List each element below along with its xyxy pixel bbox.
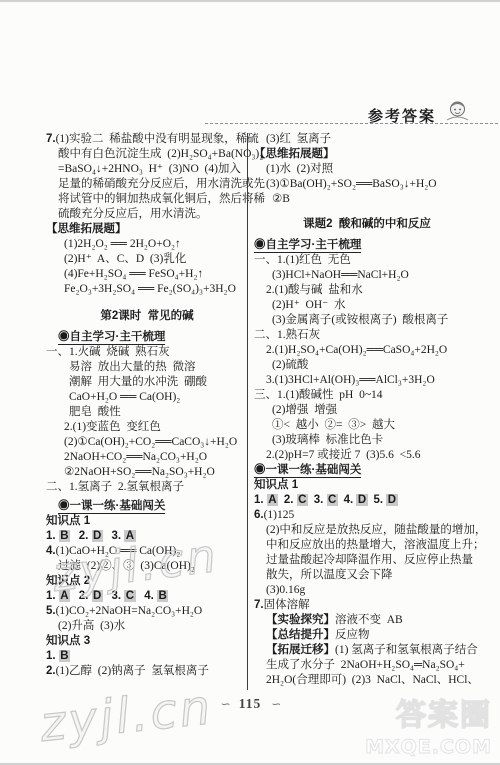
answer-line: 【实验探究】溶液不变 AB [254, 613, 480, 628]
answer-text: 生成了水分子 2NaOH+H₂SO₄═Na₂SO₄+ [266, 659, 465, 671]
answer-text: 课题2 酸和碱的中和反应 [303, 218, 431, 230]
choice-answer: B [157, 590, 168, 602]
answer-text: 【思维拓展题】 [254, 148, 335, 160]
answer-line: 2H₂O(合理即可) (2)3 NaCl、NaCl、HCl、 [254, 673, 480, 688]
answer-text: ◉一课一练·基础闯关 [254, 464, 361, 478]
answer-line: (3)金属离子(或铵根离子) 酸根离子 [254, 313, 480, 328]
page-title: 参考答案 [368, 105, 436, 126]
answer-text: 潮解 用大量的水冲洗 硼酸 [69, 376, 207, 388]
answer-text: ②2NaOH+SO₂══Na₂SO₃+H₂O [64, 466, 215, 478]
answer-text: (1)乙醇 (2)钠离子 氢氧根离子 [56, 665, 209, 677]
choice-answer: D [356, 494, 367, 506]
answer-line: 3.(1)3HCl+Al(OH)₃══AlCl₃+3H₂O [254, 373, 480, 388]
answer-text: 知识点 1 [254, 479, 298, 491]
answer-text: (1) 氢离子和氢氧根离子结合 [335, 644, 478, 656]
answer-line: 2.(1)乙醇 (2)钠离子 氢氧根离子 [46, 664, 248, 679]
answer-text: (1)水 (2)对照 [266, 163, 333, 175]
answer-text: 固体溶解 [264, 599, 310, 611]
answer-text: (3)玻璃棒 标准比色卡 [272, 434, 383, 446]
answers-right-column: (3)红 氢离子【思维拓展题】(1)水 (2)对照(3)①Ba(OH)₂+SO₂… [254, 132, 480, 688]
answer-line: 硫酸充分反应后，用水清洗。 [46, 207, 248, 222]
choice-answer: A [267, 494, 278, 506]
answer-text: 三、1.(1)酸碱性 pH 0~14 [254, 389, 383, 401]
brand-logo-text: 答案圈 [365, 690, 492, 734]
answer-line: 2.(2)pH=7 或接近 7 (3)5.6 <5.6 [254, 448, 480, 463]
answer-line: 【思维拓展题】 [46, 222, 248, 237]
answer-line: 足量的稀硝酸充分反应后，用水清洗或先 [46, 177, 248, 192]
choice-answer: D [386, 494, 397, 506]
answer-text: 易溶 放出大量的热 微溶 [69, 361, 196, 373]
answer-text: 2.(1)变蓝色 变红色 [64, 421, 161, 433]
answer-line: 2.(1)H₂SO₄+Ca(OH)₂══CaSO₄+2H₂O [254, 343, 480, 358]
answer-text: 酸中有白色沉淀生成 (2)H₂SO₄+Ba(NO₃)₂ [58, 148, 263, 160]
answer-line: (2)H⁺ OH⁻ 水 [254, 298, 480, 313]
answer-line: 知识点 3 [46, 634, 248, 649]
answer-line: 知识点 1 [46, 514, 248, 529]
answer-text: (3)0.16g [266, 584, 305, 596]
answer-text: 知识点 3 [46, 635, 90, 647]
answer-text: 【思维拓展题】 [46, 223, 127, 235]
answer-text: (3)红 氢离子 [266, 133, 331, 145]
answer-text: 7. [46, 133, 56, 145]
watermark-brand: 答案圈 MXQE.COM [365, 690, 492, 758]
answer-text: (3)金属离子(或铵根离子) 酸根离子 [272, 314, 448, 326]
answer-line: (2)硫酸 [254, 358, 480, 373]
answer-line: 2.(1)酸与碱 盐和水 [254, 283, 480, 298]
answer-line: 【思维拓展题】 [254, 147, 480, 162]
answer-line: 易溶 放出大量的热 微溶 [46, 360, 248, 375]
answer-line: 1. B [46, 649, 248, 664]
answer-text: 一、1.(1)红色 无色 [254, 254, 351, 266]
answer-text: ◉一课一练·基础闯关 [58, 500, 165, 514]
answer-line: 课题2 酸和碱的中和反应 [254, 217, 480, 232]
answer-line: 5.(1)CO₂+2NaOH=Na₂CO₃+H₂O [46, 604, 248, 619]
choice-answer: B [59, 650, 70, 662]
choice-answer: C [327, 494, 338, 506]
answer-line: 过量盐酸起冷却降温作用、反应停止热量 [254, 553, 480, 568]
answer-text: (2)H⁺ A、C、D (3)乳化 [64, 253, 186, 265]
answer-line: 1. A 2. C 3. C 4. D 5. D [254, 493, 480, 508]
page-number-decor-left: ∽ [221, 697, 229, 711]
answer-text: 2NaOH+CO₂══Na₂CO₃+H₂O [64, 451, 207, 463]
answer-line: ◉一课一练·基础闯关 [46, 499, 248, 514]
answer-text: 1. [46, 650, 59, 662]
answer-text: ①< 越小 ②= ③> 越大 [272, 419, 395, 431]
answer-line: (4)Fe+H₂SO₄ ══ FeSO₄+H₂↑ [46, 267, 248, 282]
answer-text: (1)CO₂+2NaOH=Na₂CO₃+H₂O [56, 605, 203, 617]
answer-text: 2H₂O(合理即可) (2)3 NaCl、NaCl、HCl、 [266, 674, 479, 686]
answer-text: (1)2H₂O₂ ══ 2H₂O+O₂↑ [64, 238, 181, 250]
answer-line: (2)H⁺ A、C、D (3)乳化 [46, 252, 248, 267]
answer-text: =BaSO₄↓+2HNO₃ H⁺ (3)NO (4)加入 [58, 163, 241, 175]
answer-text: 将试管中的铜加热成氧化铜后，然后将稀 [58, 193, 265, 205]
answer-line: 第2课时 常见的碱 [46, 309, 248, 324]
answer-line: 一、1.(1)红色 无色 [254, 253, 480, 268]
answer-text: 5. [373, 494, 386, 506]
brand-site-text: MXQE.COM [365, 736, 492, 758]
answer-text: 肥皂 酸性 [69, 406, 121, 418]
answer-line: (2)增强 增强 [254, 403, 480, 418]
choice-answer: C [297, 494, 308, 506]
answer-text: 中和反应放出的热量增大，溶液温度上升； [266, 539, 485, 551]
answer-line: ②B [254, 192, 480, 207]
answer-text: 4. [144, 590, 157, 602]
answer-text: 【实验探究】 [266, 614, 335, 626]
answer-line: 三、1.(1)酸碱性 pH 0~14 [254, 388, 480, 403]
answer-line: 酸中有白色沉淀生成 (2)H₂SO₄+Ba(NO₃)₂ [46, 147, 248, 162]
answer-line: (1)2H₂O₂ ══ 2H₂O+O₂↑ [46, 237, 248, 252]
answer-line: ◉自主学习·主干梳理 [254, 238, 480, 253]
answer-text: (4)Fe+H₂SO₄ ══ FeSO₄+H₂↑ [64, 268, 203, 280]
answer-text: 1. [254, 494, 267, 506]
answer-text: 2.(1)酸与碱 盐和水 [266, 284, 363, 296]
answer-text: 2. [46, 665, 56, 677]
answer-text [70, 530, 79, 542]
answer-text: 【拓展迁移】 [266, 644, 335, 656]
answer-line: =BaSO₄↓+2HNO₃ H⁺ (3)NO (4)加入 [46, 162, 248, 177]
answer-text: 3.(1)3HCl+Al(OH)₃══AlCl₃+3H₂O [266, 374, 435, 386]
choice-answer: B [59, 530, 70, 542]
answer-text: Fe₂O₃+3H₂SO₄ ══ Fe₂(SO₄)₃+3H₂O [64, 283, 236, 295]
answer-text: 3. [314, 494, 327, 506]
answer-line: 一、1.火碱 烧碱 熟石灰 [46, 345, 248, 360]
answer-line: 将试管中的铜加热成氧化铜后，然后将稀 [46, 192, 248, 207]
answer-text: 溶液不变 AB [335, 614, 403, 626]
answer-text: 二、1.熟石灰 [254, 329, 320, 341]
mascot-icon [444, 99, 471, 128]
answer-line: (3)0.16g [254, 583, 480, 598]
answer-text: 4. [344, 494, 357, 506]
answer-line: (3)①Ba(OH)₂+SO₂══BaSO₃↓+H₂O [254, 177, 480, 192]
answer-line: 肥皂 酸性 [46, 405, 248, 420]
answer-line: 6.(1)125 [254, 508, 480, 523]
answer-line: (3)HCl+NaOH══NaCl+H₂O [254, 268, 480, 283]
answer-text: (3)HCl+NaOH══NaCl+H₂O [272, 269, 409, 281]
answer-line: ◉自主学习·主干梳理 [46, 330, 248, 345]
answer-text: 1. [46, 530, 59, 542]
answer-line: (2)①Ca(OH)₂+CO₂══CaCO₃↓+H₂O [46, 435, 248, 450]
answer-text: 7. [254, 599, 264, 611]
answer-line: (2)升高 (3)水 [46, 619, 248, 634]
answer-line: 中和反应放出的热量增大，溶液温度上升； [254, 538, 480, 553]
answer-line: 散失，所以温度又会下降 [254, 568, 480, 583]
answer-text: 2.(1)H₂SO₄+Ca(OH)₂══CaSO₄+2H₂O [266, 344, 447, 356]
answer-text: 6. [254, 509, 264, 521]
answer-text: (1)125 [264, 509, 295, 521]
answer-text: 【总结提升】 [266, 629, 335, 641]
page-number-decor-right: ∽ [271, 697, 279, 711]
answer-key-page: 参考答案 7.(1)实验二 稀盐酸中没有明显现象，稀硫酸中有白色沉淀生成 (2)… [0, 0, 500, 765]
watermark-zyjl-bottom: zyjl.cn [38, 679, 216, 753]
answer-text: ◉自主学习·主干梳理 [58, 331, 165, 345]
answer-line: 2NaOH+CO₂══Na₂CO₃+H₂O [46, 450, 248, 465]
answer-text: (2)升高 (3)水 [58, 620, 125, 632]
answer-text: (2)硫酸 [272, 359, 308, 371]
answer-text: 一、1.火碱 烧碱 熟石灰 [46, 346, 170, 358]
answer-line: CaO+H₂O ══ Ca(OH)₂ [46, 390, 248, 405]
answer-line: 知识点 1 [254, 478, 480, 493]
answer-line: 二、1.熟石灰 [254, 328, 480, 343]
answer-line: ①< 越小 ②= ③> 越大 [254, 418, 480, 433]
answer-text: 散失，所以温度又会下降 [266, 569, 393, 581]
answer-line: 生成了水分子 2NaOH+H₂SO₄═Na₂SO₄+ [254, 658, 480, 673]
answer-text: 硫酸充分反应后，用水清洗。 [58, 208, 208, 220]
column-divider [247, 133, 248, 690]
answer-line: (1)水 (2)对照 [254, 162, 480, 177]
answer-text: ②B [272, 193, 290, 205]
answer-line: 7.(1)实验二 稀盐酸中没有明显现象，稀硫 [46, 132, 248, 147]
answer-line: ◉一课一练·基础闯关 [254, 463, 480, 478]
answer-text: (3)①Ba(OH)₂+SO₂══BaSO₃↓+H₂O [266, 178, 437, 190]
answer-line: ②2NaOH+SO₂══Na₂SO₃+H₂O [46, 465, 248, 480]
answer-line: (3)玻璃棒 标准比色卡 [254, 433, 480, 448]
choice-answer: D [92, 530, 103, 542]
answer-text: 2.(2)pH=7 或接近 7 (3)5.6 <5.6 [266, 449, 420, 461]
answer-text: 5. [46, 605, 56, 617]
answer-line: (2)中和反应是放热反应，随盐酸量的增加， [254, 523, 480, 538]
answer-line: 【总结提升】反应物 [254, 628, 480, 643]
answer-line: 【拓展迁移】(1) 氢离子和氢氧根离子结合 [254, 643, 480, 658]
answer-text: 第2课时 常见的碱 [100, 310, 193, 322]
answer-text: 2. [79, 530, 92, 542]
answer-line: (3)红 氢离子 [254, 132, 480, 147]
answer-text: 足量的稀硝酸充分反应后，用水清洗或先 [58, 178, 265, 190]
page-number: 115 [239, 696, 262, 711]
answer-text: (2)H⁺ OH⁻ 水 [272, 299, 345, 311]
answer-text: ◉自主学习·主干梳理 [254, 239, 361, 253]
answer-text: (2)中和反应是放热反应，随盐酸量的增加， [266, 524, 486, 536]
answer-text: 反应物 [335, 629, 370, 641]
answer-text: (1)实验二 稀盐酸中没有明显现象，稀硫 [56, 133, 259, 145]
answer-text: CaO+H₂O ══ Ca(OH)₂ [69, 391, 180, 403]
answer-line: 2.(1)变蓝色 变红色 [46, 420, 248, 435]
answer-text: 2. [284, 494, 297, 506]
answer-text: (2)①Ca(OH)₂+CO₂══CaCO₃↓+H₂O [64, 436, 237, 448]
answer-line: 7.固体溶解 [254, 598, 480, 613]
answer-line: 二、1.氢离子 2.氢氧根离子 [46, 480, 248, 495]
answer-line: Fe₂O₃+3H₂SO₄ ══ Fe₂(SO₄)₃+3H₂O [46, 282, 248, 297]
answer-text: 二、1.氢离子 2.氢氧根离子 [46, 481, 184, 493]
answer-text: 知识点 1 [46, 515, 90, 527]
answer-text: (2)增强 增强 [272, 404, 337, 416]
answer-line: 潮解 用大量的水冲洗 硼酸 [46, 375, 248, 390]
answer-text: 过量盐酸起冷却降温作用、反应停止热量 [266, 554, 473, 566]
